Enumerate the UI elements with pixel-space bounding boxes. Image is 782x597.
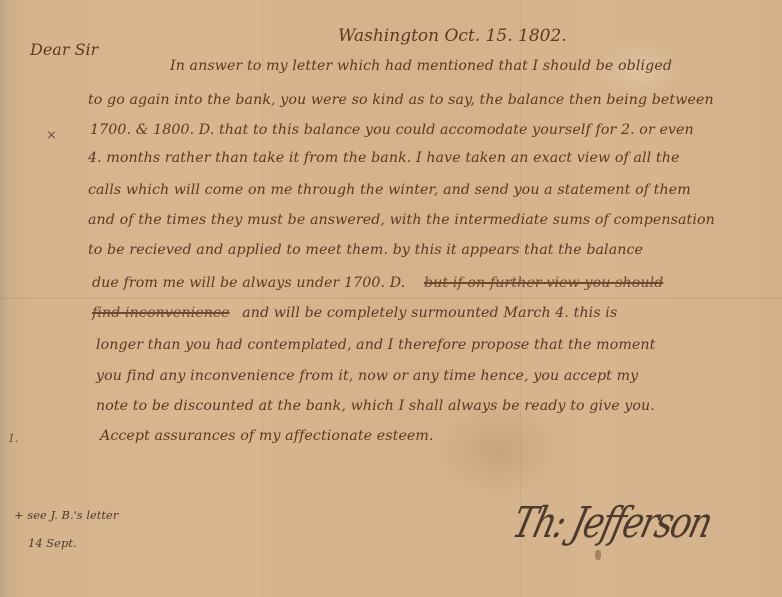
margin-numeral: 1. xyxy=(8,432,19,445)
endorsement-line-2: 14 Sept. xyxy=(28,536,77,550)
ink-stain xyxy=(595,550,601,560)
struck-text: find inconvenience xyxy=(92,305,230,321)
body-line-8: due from me will be always under 1700. D… xyxy=(92,275,663,291)
body-line-7: to be recieved and applied to meet them.… xyxy=(88,242,643,258)
struck-text: but if on further view you should xyxy=(424,275,663,291)
body-line-6: and of the times they must be answered, … xyxy=(88,212,715,228)
body-line-12: note to be discounted at the bank, which… xyxy=(96,398,655,414)
body-line-3: 1700. & 1800. D. that to this balance yo… xyxy=(90,122,694,138)
letter-page: Washington Oct. 15. 1802. Dear Sir In an… xyxy=(0,0,782,597)
body-line-5: calls which will come on me through the … xyxy=(88,182,691,198)
fold-line-vertical xyxy=(262,0,263,597)
body-line-10: longer than you had contemplated, and I … xyxy=(96,337,655,353)
body-line-11: you find any inconvenience from it, now … xyxy=(96,368,638,384)
signature: Th: Jefferson xyxy=(508,498,716,548)
body-line-4: 4. months rather than take it from the b… xyxy=(88,150,679,166)
fold-line-horizontal xyxy=(0,298,782,299)
margin-cross-mark: × xyxy=(46,128,57,143)
body-line-2: to go again into the bank, you were so k… xyxy=(88,92,714,108)
body-line-8-text: due from me will be always under 1700. D… xyxy=(92,275,405,291)
body-line-9: find inconvenience and will be completel… xyxy=(92,305,617,321)
dateline: Washington Oct. 15. 1802. xyxy=(338,26,567,46)
body-line-9-text: and will be completely surmounted March … xyxy=(242,305,617,321)
salutation: Dear Sir xyxy=(30,40,98,59)
closing-line: Accept assurances of my affectionate est… xyxy=(100,428,434,444)
endorsement-line-1: + see J. B.'s letter xyxy=(14,508,118,522)
body-line-1: In answer to my letter which had mention… xyxy=(170,58,672,74)
